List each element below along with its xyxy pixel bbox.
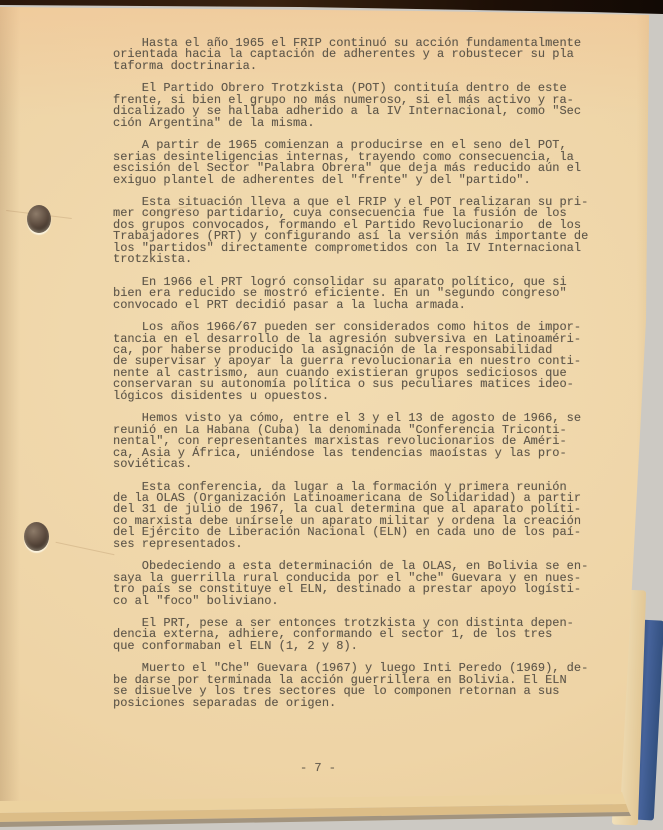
scanned-page-view: Hasta el año 1965 el FRIP continuó su ac… [0,0,663,830]
text-block: Hasta el año 1965 el FRIP continuó su ac… [113,38,591,720]
paragraph: Los años 1966/67 pueden ser considerados… [113,322,591,402]
paragraph: Obedeciendo a esta determinación de la O… [113,561,591,607]
punch-hole-top [27,205,51,233]
page-number: - 7 - [113,761,523,775]
paragraph: El PRT, pese a ser entonces trotzkista y… [113,618,591,652]
text-line: taforma doctrinaria. [113,61,591,72]
document-page: Hasta el año 1965 el FRIP continuó su ac… [0,0,663,830]
text-line: que conformaban el ELN (1, 2 y 8). [113,641,591,652]
punch-hole-bottom [24,522,49,551]
paragraph: Esta situación lleva a que el FRIP y el … [113,197,591,266]
text-line: exiguo plantel de adherentes del "frente… [113,175,591,186]
text-line: lógicos disidentes u opuestos. [113,391,591,402]
paragraph: Esta conferencia, da lugar a la formació… [113,482,591,551]
paragraph: A partir de 1965 comienzan a producirse … [113,140,591,186]
text-line: co al "foco" boliviano. [113,596,591,607]
paragraph: Hasta el año 1965 el FRIP continuó su ac… [113,38,591,72]
text-line: convocado el PRT decidió pasar a la luch… [113,300,591,311]
paragraph: En 1966 el PRT logró consolidar su apara… [113,277,591,311]
paragraph: Hemos visto ya cómo, entre el 3 y el 13 … [113,413,591,470]
paragraph: Muerto el "Che" Guevara (1967) y luego I… [113,663,591,709]
text-line: posiciones separadas de origen. [113,698,591,709]
text-line: soviéticas. [113,459,591,470]
paper-crease [56,542,115,555]
paragraph: El Partido Obrero Trotzkista (POT) conti… [113,83,591,129]
text-line: ses representados. [113,539,591,550]
text-line: ción Argentina" de la misma. [113,118,591,129]
text-line: trotzkista. [113,254,591,265]
